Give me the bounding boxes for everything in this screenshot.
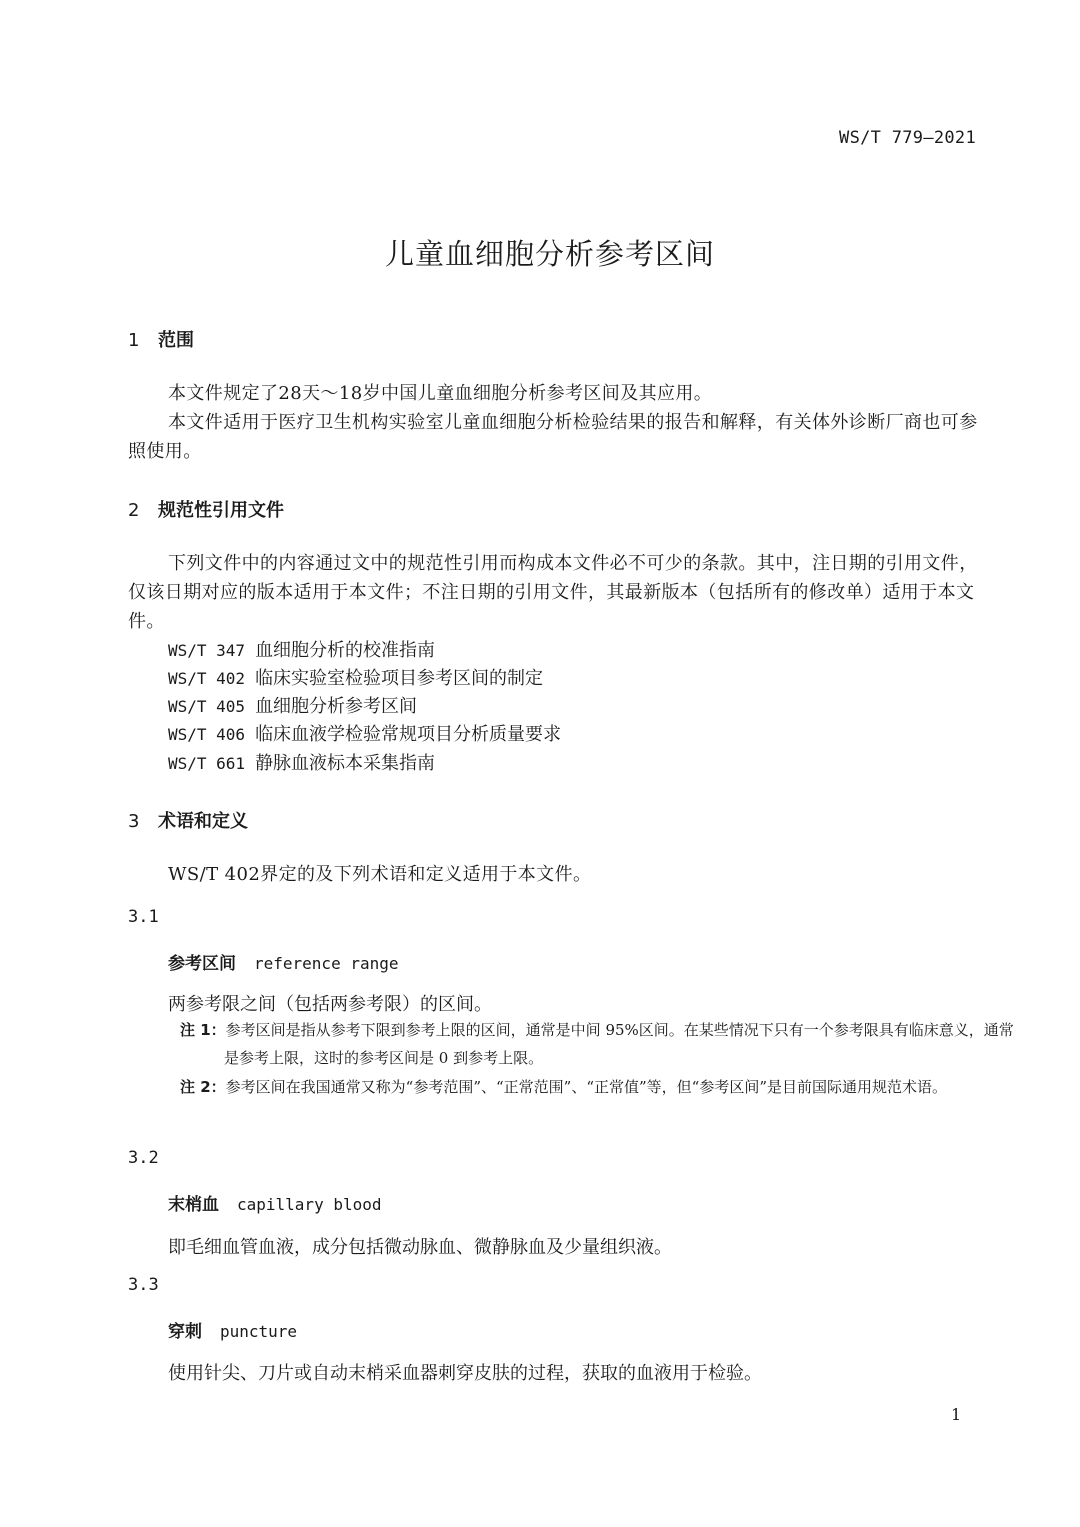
reference-title: 血细胞分析的校准指南	[255, 640, 435, 661]
note-label: 注 2：	[180, 1078, 226, 1096]
term-definition: 即毛细血管血液，成分包括微动脉血、微静脉血及少量组织液。	[168, 1233, 672, 1259]
note-2: 注 2：参考区间在我国通常又称为“参考范围”、“正常范围”、“正常值”等，但“参…	[180, 1073, 1024, 1101]
paragraph: WS/T 402界定的及下列术语和定义适用于本文件。	[128, 860, 978, 889]
term-number: 3.1	[128, 907, 159, 927]
reference-code: WS/T 405	[168, 697, 245, 716]
section-title: 范围	[158, 330, 194, 351]
term-heading: 穿刺puncture	[168, 1317, 297, 1342]
note-1: 注 1：参考区间是指从参考下限到参考上限的区间，通常是中间 95%区间。在某些情…	[180, 1016, 1024, 1072]
section-heading-terms-definitions: 3术语和定义	[128, 807, 248, 833]
note-text: 参考区间是指从参考下限到参考上限的区间，通常是中间 95%区间。在某些情况下只有…	[224, 1021, 1014, 1067]
document-title: 儿童血细胞分析参考区间	[0, 232, 1080, 273]
reference-title: 临床血液学检验常规项目分析质量要求	[255, 724, 561, 745]
paragraph: 本文件适用于医疗卫生机构实验室儿童血细胞分析检验结果的报告和解释，有关体外诊断厂…	[128, 408, 978, 466]
reference-item: WS/T 406临床血液学检验常规项目分析质量要求	[168, 720, 561, 746]
section-number: 3	[128, 811, 158, 832]
reference-code: WS/T 347	[168, 641, 245, 660]
section-number: 1	[128, 330, 158, 351]
section-heading-normative-references: 2规范性引用文件	[128, 496, 284, 522]
term-en: puncture	[220, 1322, 297, 1341]
paragraph: 下列文件中的内容通过文中的规范性引用而构成本文件必不可少的条款。其中，注日期的引…	[128, 549, 978, 636]
reference-code: WS/T 402	[168, 669, 245, 688]
reference-title: 临床实验室检验项目参考区间的制定	[255, 668, 543, 689]
reference-item: WS/T 402临床实验室检验项目参考区间的制定	[168, 664, 543, 690]
term-number: 3.3	[128, 1275, 159, 1295]
paragraph: 本文件规定了28天～18岁中国儿童血细胞分析参考区间及其应用。	[128, 379, 978, 408]
section-title: 术语和定义	[158, 811, 248, 832]
note-text: 参考区间在我国通常又称为“参考范围”、“正常范围”、“正常值”等，但“参考区间”…	[226, 1078, 947, 1096]
term-number: 3.2	[128, 1148, 159, 1168]
reference-item: WS/T 661静脉血液标本采集指南	[168, 749, 435, 775]
term-heading: 末梢血capillary blood	[168, 1190, 382, 1215]
standard-code: WS/T 779—2021	[839, 128, 976, 148]
reference-code: WS/T 661	[168, 754, 245, 773]
reference-title: 血细胞分析参考区间	[255, 696, 417, 717]
term-zh: 参考区间	[168, 954, 236, 974]
term-heading: 参考区间reference range	[168, 949, 399, 974]
term-definition: 使用针尖、刀片或自动末梢采血器刺穿皮肤的过程，获取的血液用于检验。	[168, 1359, 762, 1385]
term-definition: 两参考限之间（包括两参考限）的区间。	[168, 990, 492, 1016]
term-en: capillary blood	[237, 1195, 382, 1214]
term-zh: 末梢血	[168, 1195, 219, 1215]
page-number: 1	[951, 1405, 961, 1424]
section-title: 规范性引用文件	[158, 500, 284, 521]
reference-title: 静脉血液标本采集指南	[255, 753, 435, 774]
note-label: 注 1：	[180, 1021, 226, 1039]
term-zh: 穿刺	[168, 1322, 202, 1342]
section-heading-scope: 1范围	[128, 326, 194, 352]
reference-item: WS/T 347血细胞分析的校准指南	[168, 636, 435, 662]
section-number: 2	[128, 500, 158, 521]
reference-code: WS/T 406	[168, 725, 245, 744]
reference-item: WS/T 405血细胞分析参考区间	[168, 692, 417, 718]
term-en: reference range	[254, 954, 399, 973]
